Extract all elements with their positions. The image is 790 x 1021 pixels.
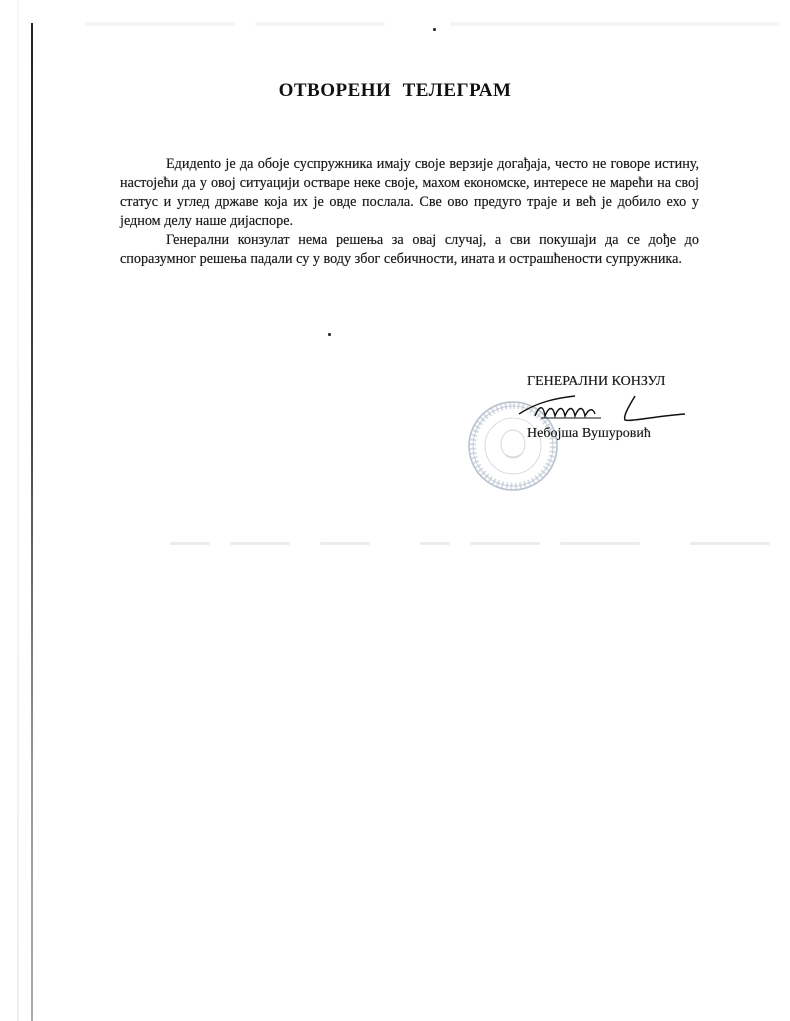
scan-artifact (255, 22, 385, 26)
paragraph-1: Едидento је да обоје суспружника имају с… (120, 155, 699, 231)
signatory-name: Небојша Вушуровић (527, 426, 651, 442)
scan-artifact (690, 542, 770, 545)
signature-block: ГЕНЕРАЛНИ КОНЗУЛ Небојша Вушуровић (527, 374, 707, 390)
scan-speck (433, 28, 436, 31)
scan-left-border-line (31, 23, 33, 1021)
paragraph-2: Генерални конзулат нема решења за овај с… (120, 231, 699, 269)
document-title: ОТВОРЕНИ ТЕЛЕГРАМ (0, 80, 790, 102)
scan-artifact (230, 542, 290, 545)
scan-artifact (320, 542, 370, 545)
scan-artifact (560, 542, 640, 545)
scanned-document-page: ОТВОРЕНИ ТЕЛЕГРАМ Едидento је да обоје с… (0, 0, 790, 1021)
scan-speck (328, 333, 331, 336)
scan-artifact (450, 22, 780, 26)
scan-artifact (470, 542, 540, 545)
scan-artifact (85, 22, 235, 26)
scan-edge-shadow (17, 0, 19, 1021)
handwritten-signature-icon (517, 392, 687, 428)
scan-artifact (420, 542, 450, 545)
signatory-title: ГЕНЕРАЛНИ КОНЗУЛ (527, 374, 707, 390)
scan-artifact (170, 542, 210, 545)
document-body: Едидento је да обоје суспружника имају с… (120, 155, 699, 269)
